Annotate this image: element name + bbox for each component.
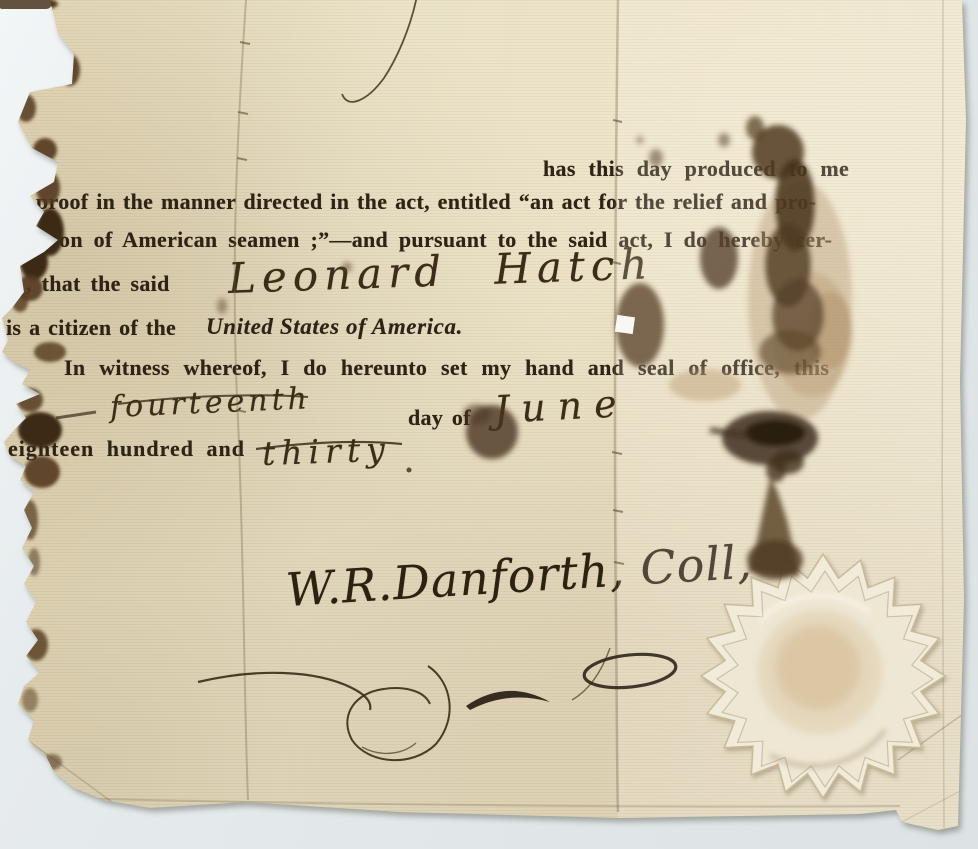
leading-dash (56, 412, 96, 418)
embossed-seal-star-inner (717, 571, 933, 787)
printed-country-name: United States of America. (206, 314, 463, 340)
paper-shadow-wrap: has this day produced to me proof in the… (0, 0, 978, 849)
printed-line-citizen: is a citizen of the (6, 315, 176, 341)
ink-stains (217, 116, 852, 580)
certificate-paper: has this day produced to me proof in the… (0, 0, 978, 849)
signature: W.R.Danforth, Coll, (284, 535, 753, 617)
flourish-main (198, 673, 370, 710)
printed-line-proof: proof in the manner directed in the act,… (36, 189, 816, 215)
printed-line-that-the-said: , that the said (26, 271, 170, 297)
embossed-seal (701, 554, 945, 798)
handwritten-day: fourteenth (109, 381, 311, 425)
handwritten-month: June (493, 381, 630, 432)
crease-stitch-marks (236, 42, 624, 564)
seal-center-emboss (758, 610, 882, 734)
flourish-crescent (466, 691, 550, 710)
printed-day-of: day of (408, 405, 471, 431)
seal-shading (770, 730, 885, 766)
ink-dot (407, 468, 412, 473)
seal-center-core (776, 626, 860, 710)
flourish-inner-curl (362, 743, 416, 753)
printed-line-produced: has this day produced to me (543, 156, 849, 182)
fold-panel-highlight (618, 0, 966, 832)
paper-hole (615, 315, 635, 334)
scan-artifacts (0, 0, 978, 849)
signature-descender (572, 648, 610, 700)
printed-line-year: eighteen hundred and (8, 436, 245, 462)
burnt-edge-blotches (2, 0, 80, 770)
top-pen-stroke (342, 0, 417, 102)
seal-highlight (760, 596, 870, 620)
embossed-seal-star (701, 554, 945, 798)
flourish-loop (347, 666, 449, 760)
printed-line-witness: In witness whereof, I do hereunto set my… (64, 355, 829, 381)
flourish-coll-ellipse (583, 650, 678, 691)
document-scan: has this day produced to me proof in the… (0, 0, 978, 849)
handwritten-year: thirty (261, 430, 391, 473)
